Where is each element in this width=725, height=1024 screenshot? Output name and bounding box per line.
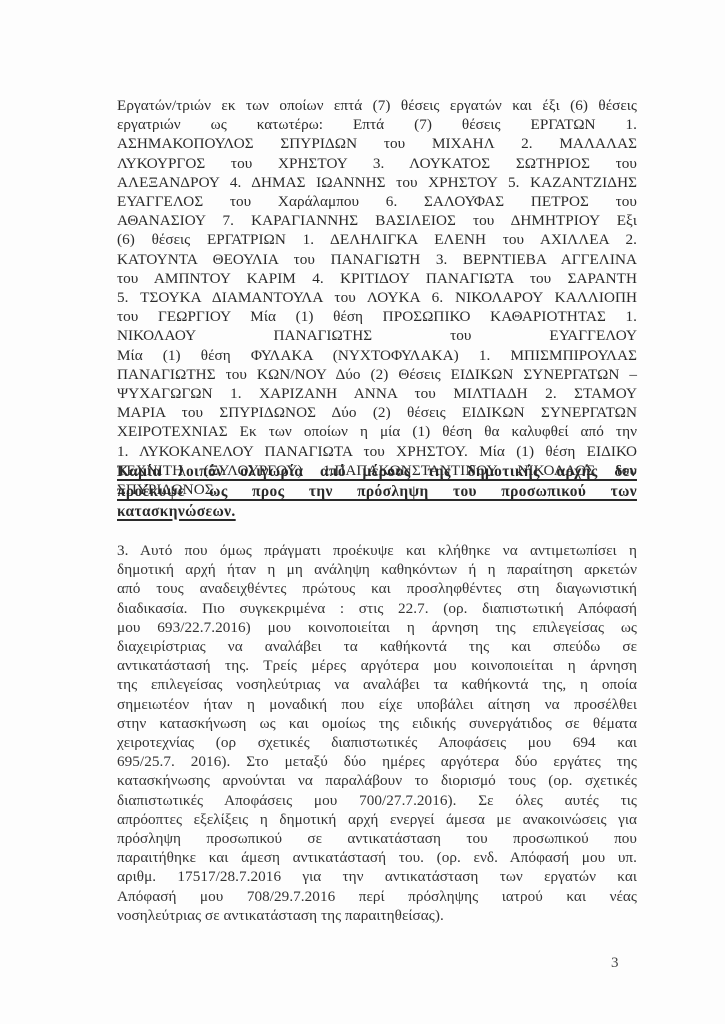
text-line: προέκυψε ως προς την πρόσληψη του προσωπ…	[117, 482, 637, 502]
text-line: σημειωτέον ήταν η μοναδική που είχε υποβ…	[117, 695, 637, 714]
text-line: Καμία λοιπόν ολιγωρία από μέρους της δημ…	[117, 462, 637, 482]
text-line: αντικατάστασή της. Τρείς μέρες αργότερα …	[117, 656, 637, 675]
text-line: της επιλεγείσας νοσηλεύτριας να αναλάβει…	[117, 675, 637, 694]
text-line: του ΓΕΩΡΓΙΟΥ Μία (1) θέση ΠΡΟΣΩΠΙΚΟ ΚΑΘΑ…	[117, 307, 637, 326]
text-line: κατασκήνωσης αρνούνται να παραλάβουν το …	[117, 771, 637, 790]
page-number: 3	[611, 955, 619, 972]
paragraph-3: 3. Αυτό που όμως πράγματι προέκυψε και κ…	[117, 541, 637, 925]
text-line: μου 693/22.7.2016) μου κοινοποιείται η ά…	[117, 618, 637, 637]
text-line: ΑΣΗΜΑΚΟΠΟΥΛΟΣ ΣΠΥΡΙΔΩΝ του ΜΙΧΑΗΛ 2. ΜΑΛ…	[117, 134, 637, 153]
text-line: νοσηλεύτριας σε αντικατάσταση της παραιτ…	[117, 906, 637, 925]
text-line: 1. ΛΥΚΟΚΑΝΕΛΟΥ ΠΑΝΑΓΙΩΤΑ του ΧΡΗΣΤΟΥ. Μί…	[117, 442, 637, 461]
staff-names-list: Εργατών/τριών εκ των οποίων επτά (7) θέσ…	[117, 96, 637, 499]
text-line: κατασκηνώσεων.	[117, 502, 637, 522]
text-line: ΑΘΑΝΑΣΙΟΥ 7. ΚΑΡΑΓΙΑΝΝΗΣ ΒΑΣΙΛΕΙΟΣ του Δ…	[117, 211, 637, 230]
text-line: ΜΑΡΙΑ του ΣΠΥΡΙΔΩΝΟΣ Δύο (2) θέσεις ΕΙΔΙ…	[117, 403, 637, 422]
text-line: χειροτεχνίας (ορ σχετικές διαπιστωτικές …	[117, 733, 637, 752]
text-line: ΛΥΚΟΥΡΓΟΣ του ΧΡΗΣΤΟΥ 3. ΛΟΥΚΑΤΟΣ ΣΩΤΗΡΙ…	[117, 154, 637, 173]
text-line: πρόσληψη προσωπικού σε αντικατάσταση του…	[117, 829, 637, 848]
text-line: από τους αναδειχθέντες πρώτους και προσλ…	[117, 579, 637, 598]
text-line: του ΑΜΠΝΤΟΥ ΚΑΡΙΜ 4. ΚΡΙΤΙΔΟΥ ΠΑΝΑΓΙΩΤΑ …	[117, 269, 637, 288]
text-line: διαχειρίστριας να αναλάβει τα καθήκοντά …	[117, 637, 637, 656]
text-line: Εργατών/τριών εκ των οποίων επτά (7) θέσ…	[117, 96, 637, 115]
text-line: Μία (1) θέση ΦΥΛΑΚΑ (ΝΥΧΤΟΦΥΛΑΚΑ) 1. ΜΠΙ…	[117, 346, 637, 365]
text-line: αριθμ. 17517/28.7.2016 για την αντικατάσ…	[117, 867, 637, 886]
text-line: ΕΥΑΓΓΕΛΟΣ του Χαράλαμπου 6. ΣΑΛΟΥΦΑΣ ΠΕΤ…	[117, 192, 637, 211]
text-line: 5. ΤΣΟΥΚΑ ΔΙΑΜΑΝΤΟΥΛΑ του ΛΟΥΚΑ 6. ΝΙΚΟΛ…	[117, 288, 637, 307]
text-line: παραιτήθηκε και άμεση αντικατάστασή του.…	[117, 848, 637, 867]
text-line: ΨΥΧΑΓΩΓΩΝ 1. ΧΑΡΙΖΑΝΗ ΑΝΝΑ του ΜΙΛΤΙΑΔΗ …	[117, 384, 637, 403]
text-line: δημοτική αρχή ήταν η μη ανάληψη καθηκόντ…	[117, 560, 637, 579]
text-line: Απόφασή μου 708/29.7.2016 περί πρόσληψης…	[117, 887, 637, 906]
text-line: ΚΑΤΟΥΝΤΑ ΘΕΟΥΛΙΑ του ΠΑΝΑΓΙΩΤΗ 3. ΒΕΡΝΤΙ…	[117, 250, 637, 269]
text-line: εργατριών ως κατωτέρω: Επτά (7) θέσεις Ε…	[117, 115, 637, 134]
text-line: (6) θέσεις ΕΡΓΑΤΡΙΩΝ 1. ΔΕΛΗΛΙΓΚΑ ΕΛΕΝΗ …	[117, 230, 637, 249]
text-line: 695/25.7. 2016). Στο μεταξύ δύο ημέρες α…	[117, 752, 637, 771]
text-line: στην κατασκήνωση ως και ομοίως της ειδικ…	[117, 714, 637, 733]
text-line: ΑΛΕΞΑΝΔΡΟΥ 4. ΔΗΜΑΣ ΙΩΑΝΝΗΣ του ΧΡΗΣΤΟΥ …	[117, 173, 637, 192]
text-line: ΝΙΚΟΛΑΟΥ ΠΑΝΑΓΙΩΤΗΣ του ΕΥΑΓΓΕΛΟΥ	[117, 326, 637, 345]
text-line: ΠΑΝΑΓΙΩΤΗΣ του ΚΩΝ/ΝΟΥ Δύο (2) Θέσεις ΕΙ…	[117, 365, 637, 384]
text-line: 3. Αυτό που όμως πράγματι προέκυψε και κ…	[117, 541, 637, 560]
text-line: ΧΕΙΡΟΤΕΧΝΙΑΣ Εκ των οποίων η μία (1) θέσ…	[117, 422, 637, 441]
text-line: διαδικασία. Πιο συγκεκριμένα : στις 22.7…	[117, 599, 637, 618]
conclusion-statement: Καμία λοιπόν ολιγωρία από μέρους της δημ…	[117, 462, 637, 521]
text-line: απρόοπτες εξελίξεις η δημοτική αρχή ενερ…	[117, 810, 637, 829]
text-line: διαπιστωτικές Αποφάσεις μου 700/27.7.201…	[117, 791, 637, 810]
document-page: Εργατών/τριών εκ των οποίων επτά (7) θέσ…	[0, 0, 725, 1024]
